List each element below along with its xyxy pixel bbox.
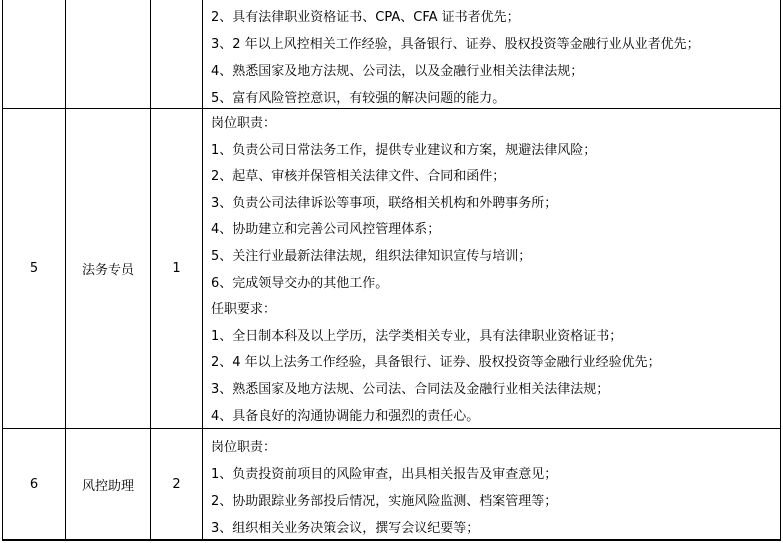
cell-description: 2、具有法律职业资格证书、CPA、CFA 证书者优先；3、2 年以上风控相关工作… <box>203 0 780 108</box>
table-row: 2、具有法律职业资格证书、CPA、CFA 证书者优先；3、2 年以上风控相关工作… <box>3 0 780 108</box>
cell-serial-number <box>3 0 66 108</box>
table-row: 6 风控助理 2 岗位职责：1、负责投资前项目的风险审查，出具相关报告及审查意见… <box>3 428 780 539</box>
description-line: 3、熟悉国家及地方法规、公司法、合同法及金融行业相关法律法规； <box>211 377 774 404</box>
description-line: 岗位职责： <box>211 434 774 461</box>
cell-description: 岗位职责：1、负责公司日常法务工作，提供专业建议和方案，规避法律风险；2、起草、… <box>203 109 780 428</box>
cell-position-name: 法务专员 <box>66 109 151 428</box>
description-line: 2、4 年以上法务工作经验，具备银行、证券、股权投资等金融行业经验优先； <box>211 350 774 377</box>
description-line: 3、负责公司法律诉讼等事项，联络相关机构和外聘事务所； <box>211 191 774 218</box>
cell-headcount: 2 <box>151 429 203 539</box>
description-line: 5、富有风险管控意识，有较强的解决问题的能力。 <box>211 85 774 108</box>
cell-serial-number: 5 <box>3 109 66 428</box>
table-row: 5 法务专员 1 岗位职责：1、负责公司日常法务工作，提供专业建议和方案，规避法… <box>3 108 780 428</box>
description-line: 1、负责公司日常法务工作，提供专业建议和方案，规避法律风险； <box>211 138 774 165</box>
description-line: 6、完成领导交办的其他工作。 <box>211 271 774 298</box>
description-line: 任职要求： <box>211 297 774 324</box>
description-line: 5、关注行业最新法律法规，组织法律知识宣传与培训； <box>211 244 774 271</box>
description-line: 4、熟悉国家及地方法规、公司法，以及金融行业相关法律法规； <box>211 58 774 85</box>
description-line: 2、起草、审核并保管相关法律文件、合同和函件； <box>211 164 774 191</box>
description-line: 岗位职责： <box>211 111 774 138</box>
job-positions-table: 2、具有法律职业资格证书、CPA、CFA 证书者优先；3、2 年以上风控相关工作… <box>2 0 781 541</box>
cell-headcount: 1 <box>151 109 203 428</box>
description-line: 3、2 年以上风控相关工作经验，具备银行、证券、股权投资等金融行业从业者优先； <box>211 31 774 58</box>
description-line: 4、协助建立和完善公司风控管理体系； <box>211 217 774 244</box>
cell-position-name <box>66 0 151 108</box>
description-line: 4、具备良好的沟通协调能力和强烈的责任心。 <box>211 404 774 428</box>
description-line: 2、具有法律职业资格证书、CPA、CFA 证书者优先； <box>211 4 774 31</box>
cell-headcount <box>151 0 203 108</box>
description-line: 3、组织相关业务决策会议，撰写会议纪要等； <box>211 515 774 539</box>
cell-position-name: 风控助理 <box>66 429 151 539</box>
cell-description: 岗位职责：1、负责投资前项目的风险审查，出具相关报告及审查意见；2、协助跟踪业务… <box>203 429 780 539</box>
cell-serial-number: 6 <box>3 429 66 539</box>
description-line: 1、全日制本科及以上学历，法学类相关专业，具有法律职业资格证书； <box>211 324 774 351</box>
description-line: 2、协助跟踪业务部投后情况，实施风险监测、档案管理等； <box>211 488 774 515</box>
description-line: 1、负责投资前项目的风险审查，出具相关报告及审查意见； <box>211 461 774 488</box>
